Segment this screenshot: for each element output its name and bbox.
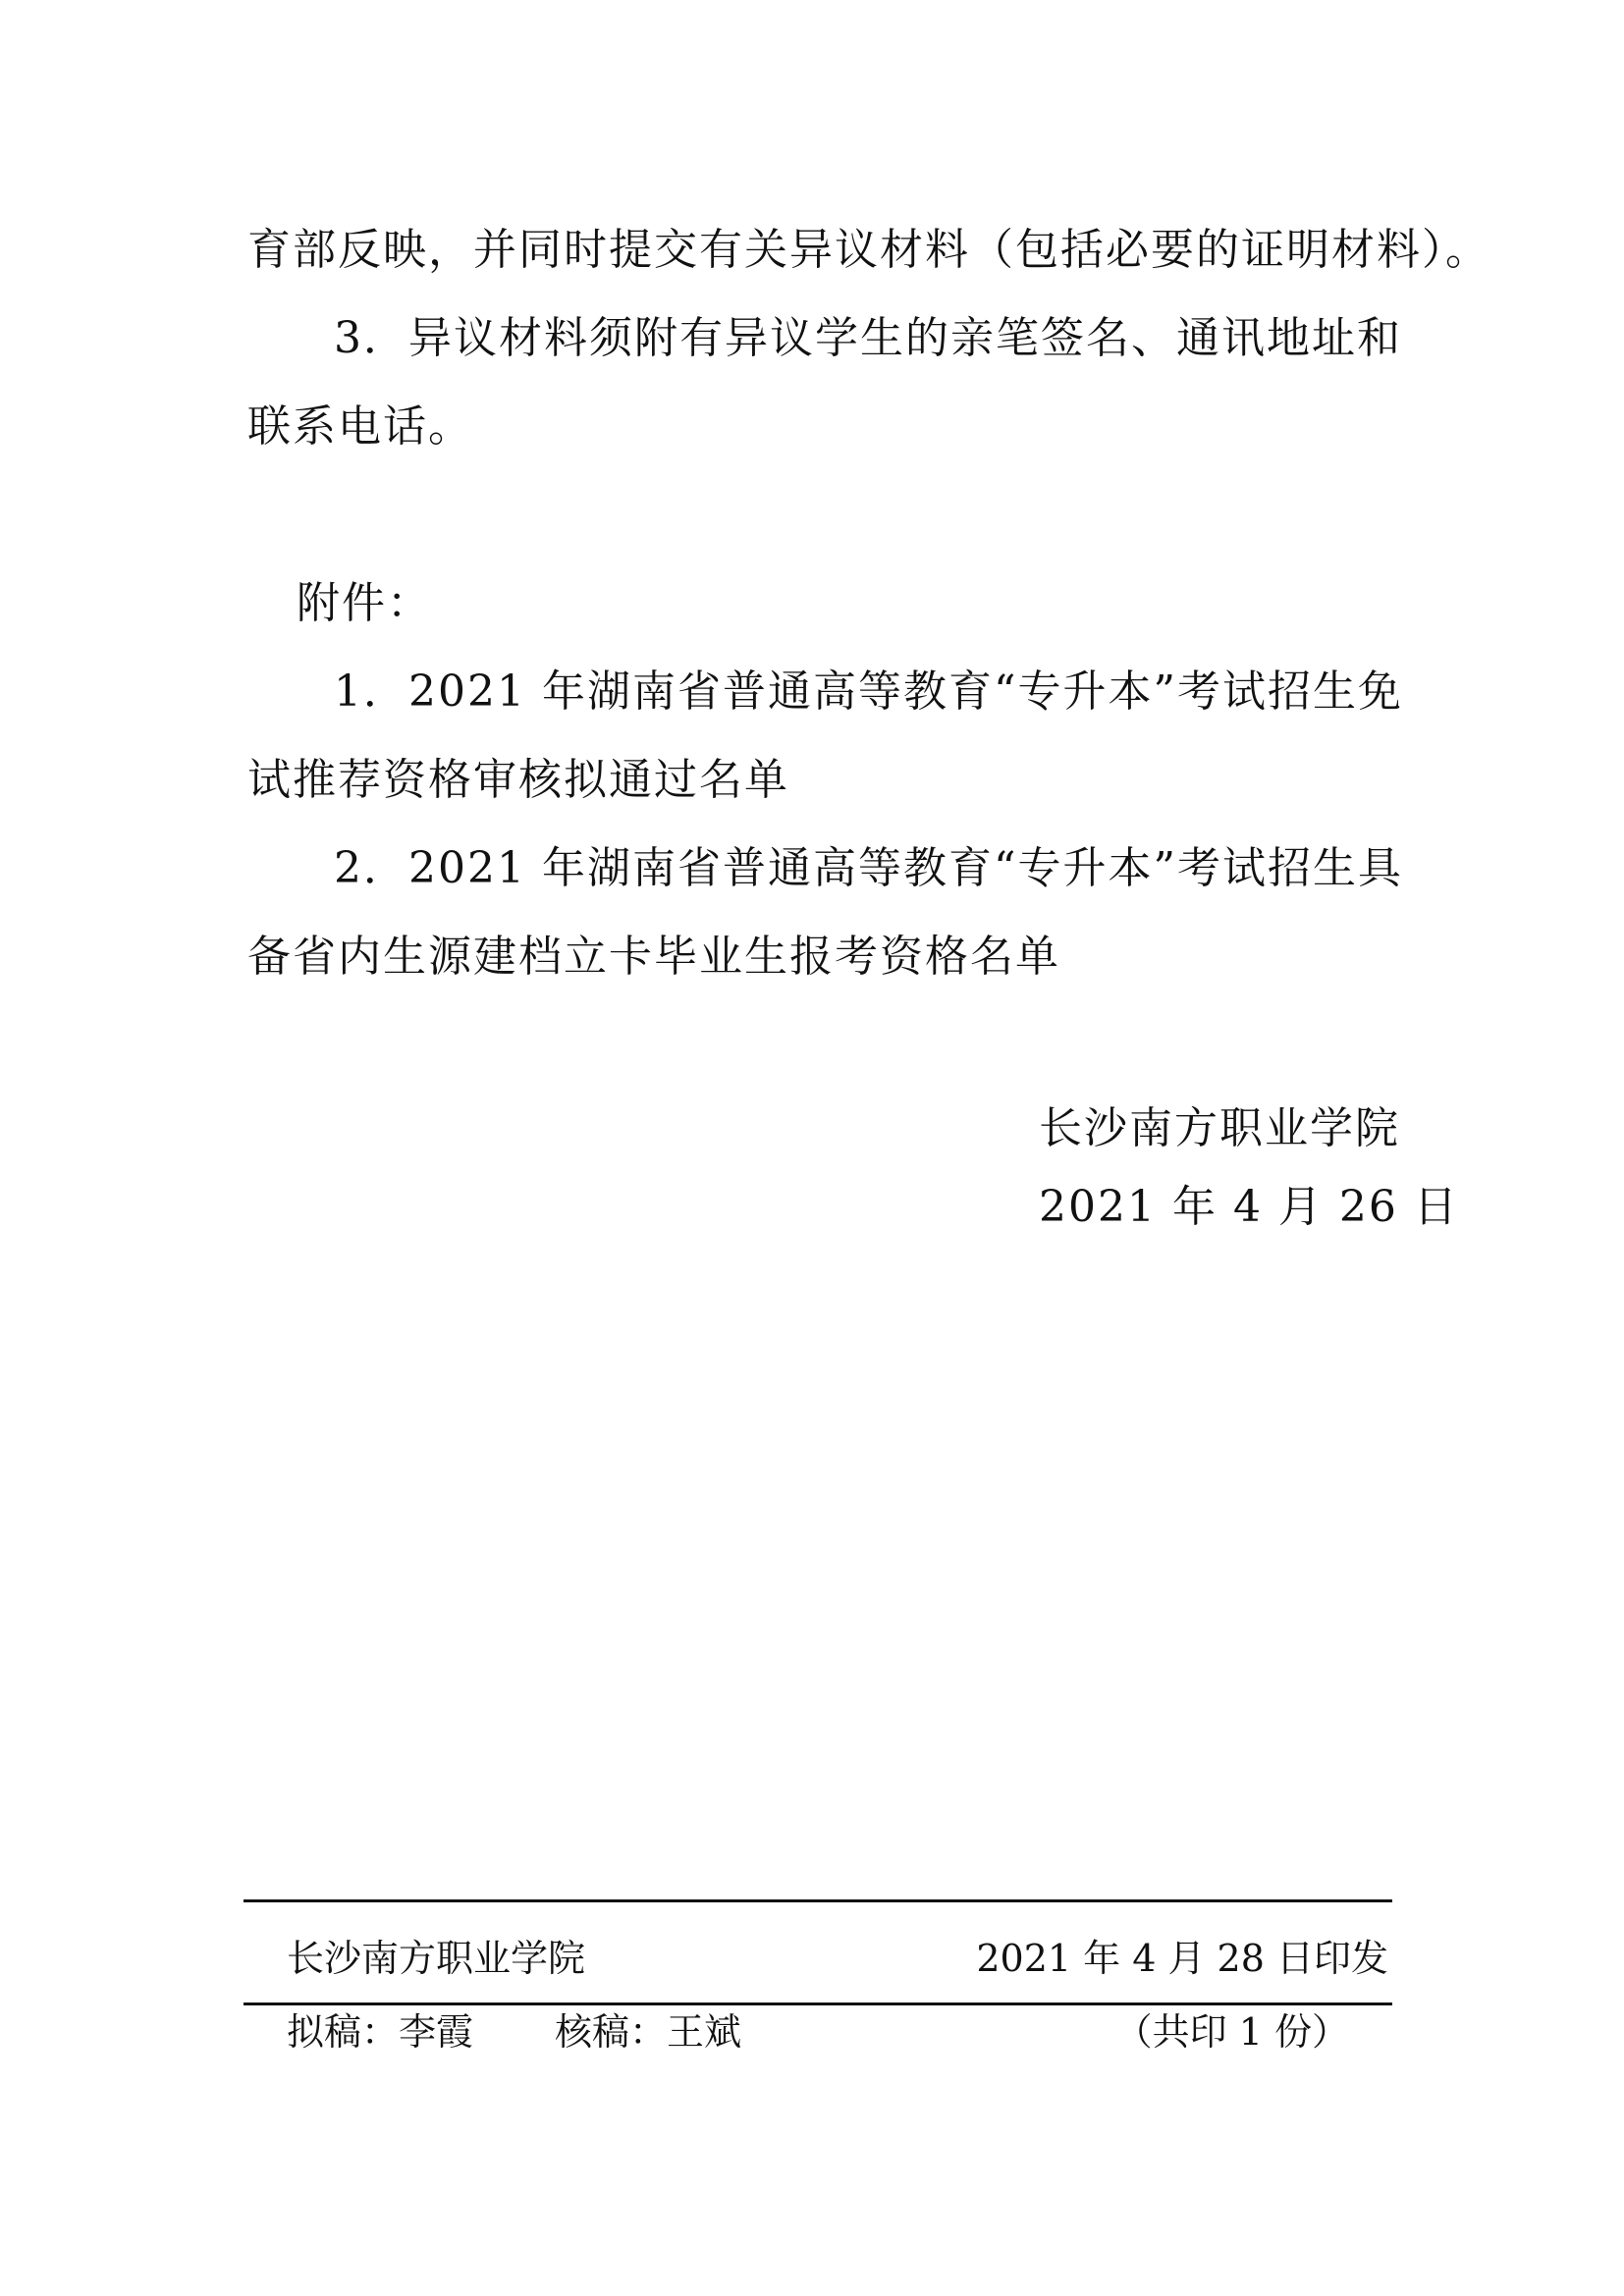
footer-reviewer: 核稿：王斌 [555, 2007, 741, 2056]
footer-drafter: 拟稿：李霞 [287, 2007, 473, 2056]
attachment-1-line-1: 1．2021 年湖南省普通高等教育“专升本”考试招生免 [334, 663, 1403, 721]
signature-date: 2021 年 4 月 26 日 [1039, 1178, 1459, 1237]
attachment-1-line-2: 试推荐资格审核拟通过名单 [247, 751, 789, 810]
item-3-line-1: 3．异议材料须附有异议学生的亲笔签名、通讯地址和 [334, 309, 1402, 368]
attachment-2-line-1: 2．2021 年湖南省普通高等教育“专升本”考试招生具 [334, 839, 1403, 898]
footer-issuer: 长沙南方职业学院 [287, 1934, 585, 1983]
attachment-2-line-2: 备省内生源建档立卡毕业生报考资格名单 [247, 928, 1060, 987]
item-3-line-2: 联系电话。 [247, 398, 473, 456]
footer-middle-rule [244, 2002, 1392, 2005]
footer-top-rule [244, 1899, 1392, 1902]
footer-copies: （共印 1 份） [1115, 2007, 1349, 2056]
signature-org: 长沙南方职业学院 [1039, 1099, 1400, 1158]
attachments-label: 附件： [297, 574, 432, 633]
body-line-1: 育部反映，并同时提交有关异议材料（包括必要的证明材料）。 [247, 221, 1490, 280]
footer-issue-date: 2021 年 4 月 28 日印发 [976, 1934, 1388, 1983]
